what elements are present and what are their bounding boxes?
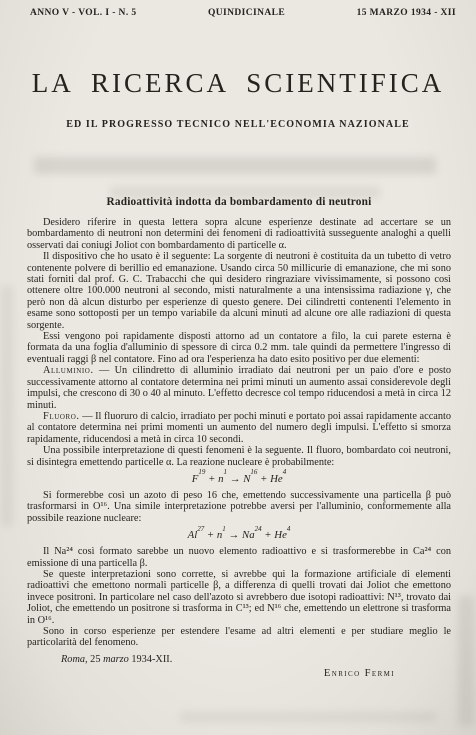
- paragraph-text: Essi vengono poi rapidamente disposti at…: [27, 331, 451, 365]
- paragraph-text: Sono in corso esperienze per estendere l…: [27, 626, 451, 648]
- dateline-day: 25: [88, 654, 103, 665]
- masthead: ANNO V - VOL. I - N. 5 QUINDICINALE 15 M…: [30, 8, 456, 18]
- paragraph-intro: Desidero riferire in questa lettera sopr…: [27, 217, 451, 251]
- article-body: Radioattività indotta da bombardamento d…: [27, 196, 451, 735]
- paragraph-fluorine: Fluoro. — Il fluoruro di calcio, irradia…: [27, 411, 451, 445]
- bleed-through-smudge: [34, 157, 436, 174]
- paragraph-text: — Il fluoruro di calcio, irradiato per p…: [27, 411, 451, 445]
- element-lead-fluoro: Fluoro.: [43, 411, 80, 422]
- element-lead-alluminio: Alluminio.: [43, 365, 94, 376]
- nuclear-reaction-fluorine: F19 + n1 → N16 + He4: [27, 473, 451, 486]
- dateline-month: marzo: [103, 654, 129, 665]
- journal-subtitle: ED IL PROGRESSO TECNICO NELL'ECONOMIA NA…: [0, 119, 476, 130]
- paragraph-text: Desidero riferire in questa lettera sopr…: [27, 217, 451, 251]
- bleed-through-smudge: [458, 596, 474, 726]
- paragraph-sodium24: Il Na²⁴ così formato sarebbe un nuovo el…: [27, 546, 451, 569]
- paragraph-interpretation: Una possibile interpretazione di questi …: [27, 445, 451, 468]
- scanned-journal-page: ANNO V - VOL. I - N. 5 QUINDICINALE 15 M…: [0, 0, 476, 735]
- author-signature: Enrico Fermi: [27, 668, 451, 679]
- paragraph-ongoing-experiments: Sono in corso esperienze per estendere l…: [27, 626, 451, 649]
- nuclear-reaction-aluminium: Al27 + n1 → Na24 + He4: [27, 529, 451, 542]
- masthead-issue: ANNO V - VOL. I - N. 5: [30, 8, 137, 18]
- bleed-through-smudge: [1, 286, 13, 526]
- paragraph-counter: Essi vengono poi rapidamente disposti at…: [27, 331, 451, 365]
- paragraph-apparatus: Il dispositivo che ho usato è il seguent…: [27, 251, 451, 331]
- journal-title: LA RICERCA SCIENTIFICA: [0, 68, 476, 99]
- paragraph-text: Se queste interpretazioni sono corrette,…: [27, 569, 451, 626]
- paragraph-text: Il Na²⁴ così formato sarebbe un nuovo el…: [27, 546, 451, 568]
- masthead-frequency: QUINDICINALE: [208, 8, 285, 18]
- paragraph-text: Il dispositivo che ho usato è il seguent…: [27, 251, 451, 330]
- article-heading: Radioattività indotta da bombardamento d…: [27, 196, 451, 209]
- dateline: Roma, 25 marzo 1934-XII.: [27, 654, 451, 665]
- paragraph-aluminium: Alluminio. — Un cilindretto di alluminio…: [27, 365, 451, 411]
- paragraph-text: Una possibile interpretazione di questi …: [27, 445, 451, 467]
- paragraph-nitrogen16: Si formerebbe così un azoto di peso 16 c…: [27, 490, 451, 524]
- paragraph-text: Si formerebbe così un azoto di peso 16 c…: [27, 490, 451, 524]
- masthead-date: 15 MARZO 1934 - XII: [357, 8, 456, 18]
- paragraph-conclusions: Se queste interpretazioni sono corrette,…: [27, 569, 451, 626]
- dateline-year: 1934-XII.: [129, 654, 172, 665]
- dateline-place: Roma,: [61, 654, 88, 665]
